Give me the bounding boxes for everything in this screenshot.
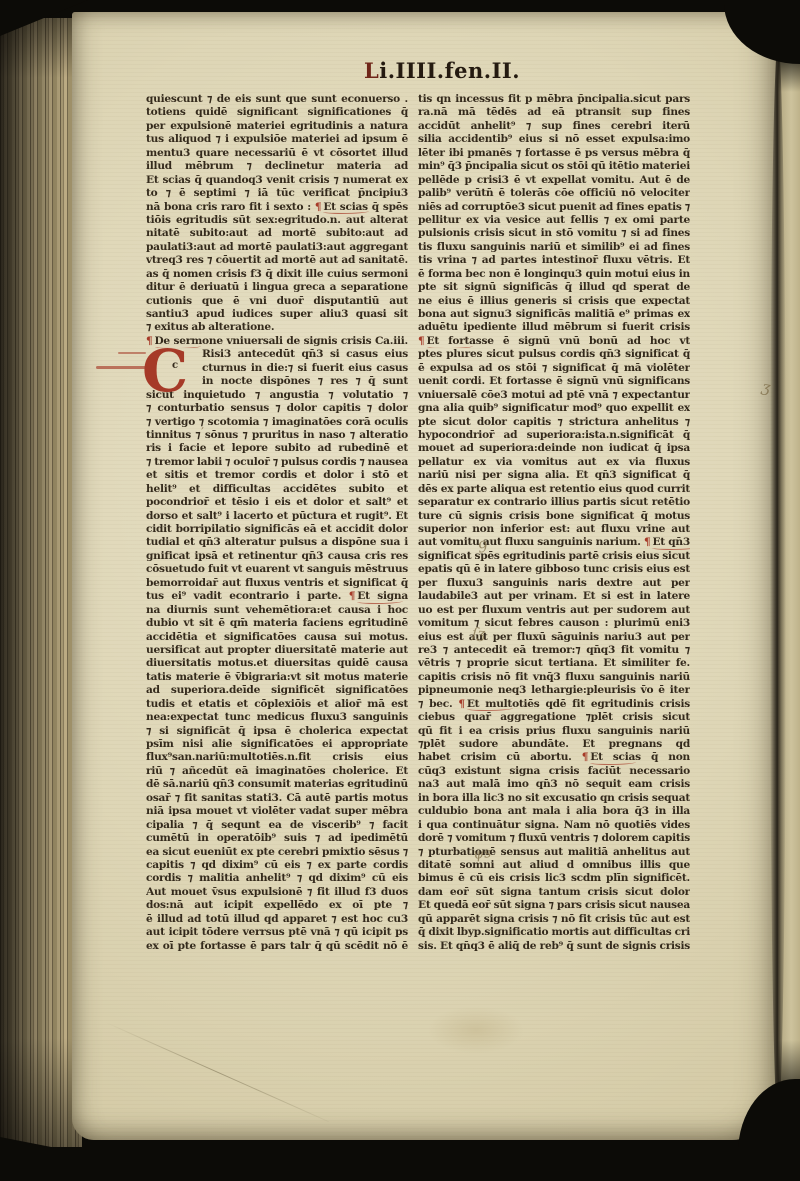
text-line: nitatē subito:aut ad mortē subito:aut ad… <box>146 227 408 240</box>
text-line: epatis qū ē in latere gibboso tunc crisi… <box>418 563 690 576</box>
text-line: ⁊ vertigo ⁊ scotomia ⁊ imaginatōes corā … <box>146 416 408 429</box>
text-line: mentu3 quare necessariū ē vt cōsortet il… <box>146 147 408 160</box>
text-line: min⁹ q̄3 p̄ncipalia sicut os stōi qū itē… <box>418 160 690 173</box>
text-line: bona aut signu3 significās malitiā e⁹ pr… <box>418 308 690 321</box>
text-line: ciebus quar̄ aggregatione ⁊plēt crisis s… <box>418 711 690 724</box>
text-line: ris i facie et lepore subito ad rubedinē… <box>146 442 408 455</box>
text-line: tatis materie ē v̄bigraria:vt sit motus … <box>146 671 408 684</box>
text-line: pellitur ex via vesice aut fellis ⁊ ex o… <box>418 214 690 227</box>
text-line: ra.nā mā tēdēs ad eā ptransit sup fines … <box>418 106 690 119</box>
text-line: qū apparēt signa crisis ⁊ nō fit crisis … <box>418 913 690 926</box>
text-line: uo est per fluxum ventris aut per sudore… <box>418 604 690 617</box>
text-line: cūq3 existunt signa crisis faciūt necess… <box>418 765 690 778</box>
text-line: i qua continuātur signa. Nam nō quotiēs … <box>418 819 690 832</box>
text-line: as q̄ nomen crisis f3 q̄ dixit ille cuiu… <box>146 268 408 281</box>
text-line: et sitis et tremor cordis et dolor i stō… <box>146 469 408 482</box>
text-line: na3 aut malā imo qn̄3 nō sequit eam cris… <box>418 778 690 791</box>
text-line: dam eor̄ sūt signa tantum crisis sicut d… <box>418 886 690 899</box>
text-line: dos:nā aut icipit expellēdo ex oī pte ⁊ … <box>146 899 408 912</box>
text-line: ditatē somni aut aliud d̄ omnibus illis … <box>418 859 690 872</box>
text-line: dorē ⁊ vomitum ⁊ fluxū ventris ⁊ dolorem… <box>418 832 690 845</box>
text-line: per expulsionē materiei egritudinis a na… <box>146 120 408 133</box>
text-line: tinnitus ⁊ sōnus ⁊ pruritus in naso ⁊ al… <box>146 429 408 442</box>
text-line: aut vomitu aut fluxu sanguinis narium. ¶… <box>418 536 690 549</box>
text-line: culdubio bona ant mala i alia bora q̄3 i… <box>418 805 690 818</box>
text-line: diuersitatis motus.et diuersitas quidē c… <box>146 657 408 670</box>
text-line: pte sit signū significās q̄ illud qd̄ sp… <box>418 281 690 294</box>
text-line: vtreq3 res ⁊ cōuertit ad mortē aut ad sa… <box>146 254 408 267</box>
pilcrow-mark: ¶ <box>349 590 358 602</box>
background-strip-bottom <box>0 1147 800 1181</box>
text-line: to ⁊ ē septimi ⁊ iā tūc verificat p̄ncip… <box>146 187 408 200</box>
handwritten-annotation: ſʒ <box>471 626 485 643</box>
text-line: qū fit i ea crisis prius fluxu sanguinis… <box>418 725 690 738</box>
text-line: tudial et qn̄3 alteratur pulsus a dispōn… <box>146 536 408 549</box>
text-line: vomitum ⁊ sicut febres causon : plurimū … <box>418 617 690 630</box>
text-line: silia accidentib⁹ eius si nō esset expul… <box>418 133 690 146</box>
text-line: tis qn incessus fit p mēbra p̄ncipalia.s… <box>418 93 690 106</box>
illuminated-initial: C <box>142 342 198 404</box>
text-line: gnificat ipsā et retinentur qn̄3 causa c… <box>146 550 408 563</box>
text-line: ē forma bec non ē longinqu3 quin motui e… <box>418 268 690 281</box>
text-line: superior non inferior est: aut fluxu vri… <box>418 523 690 536</box>
text-line: cutionis que ē vni duor̄ disputantiū aut… <box>146 295 408 308</box>
text-line: uersificat aut propter diuersitatē mater… <box>146 644 408 657</box>
text-line: pte sicut dolor capitis ⁊ strictura anhe… <box>418 416 690 429</box>
initial-flourish <box>96 366 150 369</box>
text-line: bimus ē cū eis crisis lic3 scd̄m plīn si… <box>418 872 690 885</box>
pilcrow-mark: ¶ <box>582 751 591 763</box>
text-line: significat spēs egritudinis partē crisis… <box>418 550 690 563</box>
text-line: ē illud ad totū illud qd̄ apparet ⁊ est … <box>146 913 408 926</box>
text-line: ad superiora.deīde significēt significat… <box>146 684 408 697</box>
text-line: per fluxu3 sanguinis naris dextre aut pe… <box>418 577 690 590</box>
text-line: Aut mouet v̄sus expulsionē ⁊ fit illud f… <box>146 886 408 899</box>
running-title: Li.IIII.fen.II. <box>352 58 532 83</box>
pilcrow-mark: ¶ <box>418 335 427 347</box>
text-line: tus aliquod ⁊ i expulsiōe materiei ad ip… <box>146 133 408 146</box>
text-line: ea sicut eueniūt ex pte cerebri pmixtio … <box>146 846 408 859</box>
text-line: separatur ex contrario illius partis sic… <box>418 496 690 509</box>
text-line: capitis crisis nō fit vnq̄3 fluxu sangui… <box>418 671 690 684</box>
text-line: tiōis egritudis sūt sex:egritudo.n. aut … <box>146 214 408 227</box>
book-photo: Li.IIII.fen.II. quiescunt ⁊ de eis sunt … <box>0 0 800 1181</box>
text-line: q̄ dixit l̄byp.significatio mortis aut d… <box>418 926 690 939</box>
fore-edge-page-stack <box>0 18 82 1158</box>
text-line: na diurnis sunt vehemētiora:et causa i h… <box>146 604 408 617</box>
text-line: santiu3 apud iudices super aliu3 quasi s… <box>146 308 408 321</box>
text-line: ⁊ tremor labii ⁊ oculor̄ ⁊ pulsus cordis… <box>146 456 408 469</box>
text-line: pocondrior̄ et tēsio i eis et dolor et s… <box>146 496 408 509</box>
text-line: re3 ⁊ antecedit eā tremor:⁊ qn̄q3 fit vo… <box>418 644 690 657</box>
pilcrow-mark: ¶ <box>644 536 653 548</box>
text-line: ⁊ exitus ab alteratione. <box>146 321 408 334</box>
text-line: uenit cordi. Et fortasse ē signū vnū sig… <box>418 375 690 388</box>
text-line: nea:expectat tunc medicus fluxu3 sanguin… <box>146 711 408 724</box>
text-line: aut icipit tōdere verrsus ptē vnā ⁊ qū i… <box>146 926 408 939</box>
text-line: accidūt anhelit⁹ ⁊ sup fines cerebri ite… <box>418 120 690 133</box>
handwritten-annotation: ψs <box>472 845 492 863</box>
pilcrow-mark: ¶ <box>315 201 324 213</box>
text-line: laudabile3 aut per vrinam. Et si est in … <box>418 590 690 603</box>
text-line: bemorroidar̄ aut fluxus ventris et signi… <box>146 577 408 590</box>
text-line: mouet ad superiora:deinde non iudicat q̄… <box>418 442 690 455</box>
text-line: ptes plures sicut pulsus cordis qn̄3 sig… <box>418 348 690 361</box>
text-line: nā bona cris raro fit i sexto : ¶Et scia… <box>146 201 408 214</box>
text-line: ex oī pte fortasse ē pars talr q̄ qū scē… <box>146 940 408 953</box>
page-gutter-shadow <box>770 42 786 1120</box>
text-line: ⁊ bec. ¶Et multotiēs qdē fit egritudinis… <box>418 698 690 711</box>
text-line: cidit borripilatio significās eā et acci… <box>146 523 408 536</box>
text-line: Et scias q̄ quandoq3 venit crisis ⁊ nume… <box>146 174 408 187</box>
text-line: pulsionis crisis sicut in stō vomitu ⁊ s… <box>418 227 690 240</box>
text-line: ¶Et fortasse ē signū vnū bonū ad hoc vt … <box>418 335 690 348</box>
text-line: flux⁹san.nariū:multotiēs.n.fit crisis ei… <box>146 751 408 764</box>
text-line: aduētu ipediente illud mēbrum si fuerit … <box>418 321 690 334</box>
text-line: ne eius ē illius generis si crisis que e… <box>418 295 690 308</box>
text-line: tus ei⁹ vadit econtrario i parte. ¶Et si… <box>146 590 408 603</box>
text-line: totiens quidē significant significatione… <box>146 106 408 119</box>
text-line: eius est aut per fluxū sāguinis nariu3 a… <box>418 631 690 644</box>
text-line: helit⁹ et difficultas accidētes subito e… <box>146 483 408 496</box>
text-line: sis. Et qn̄q3 ē aliq̄ de reb⁹ q̄ sunt de… <box>418 940 690 953</box>
text-line: lēter ibi pmanēs ⁊ fortasse ē ps versus … <box>418 147 690 160</box>
text-line: hypocondrior̄ ad superiora:ista.n.signif… <box>418 429 690 442</box>
text-line: cōsuetudo fuit vt euarent vt sanguis mēs… <box>146 563 408 576</box>
text-line: dē sā.nariū qn̄3 consumit materias egrit… <box>146 778 408 791</box>
text-line: osar̄ ⁊ fit sanitas stati3. Cā autē part… <box>146 792 408 805</box>
text-line: ē expulsa ad os stōi ⁊ significat q̄ mā … <box>418 362 690 375</box>
text-line: capitis ⁊ qd̄ dixim⁹ cū eis ⁊ ex parte c… <box>146 859 408 872</box>
text-line: tis vrina ⁊ ad partes intestinor̄ fluxu … <box>418 254 690 267</box>
text-line: palib⁹ verūtn̄ ē tolerās cōe officiū nō … <box>418 187 690 200</box>
pilcrow-mark: ¶ <box>458 698 467 710</box>
initial-flourish <box>118 352 146 354</box>
text-line: cipalia ⁊ q̄ sequnt ea de viscerib⁹ ⁊ fa… <box>146 819 408 832</box>
text-line: dorso et salt⁹ i lacerto et pūctura et r… <box>146 510 408 523</box>
text-line: ⁊ si significāt q̄ ipsa ē cholerica expe… <box>146 725 408 738</box>
text-line: niā ipsa mouet vt violēter vadat super m… <box>146 805 408 818</box>
right-text-column: tis qn incessus fit p mēbra p̄ncipalia.s… <box>418 93 690 953</box>
text-line: ⁊plēt sudore abundāte. Et pregnans qd̄ m… <box>418 738 690 751</box>
text-line: accidētia et significatōes causa sui mot… <box>146 631 408 644</box>
text-line: ditur ē deriuatū i lingua greca a separa… <box>146 281 408 294</box>
text-line: quiescunt ⁊ de eis sunt que sunt econuer… <box>146 93 408 106</box>
text-line: vētris ⁊ proprie sicut tertiana. Et simi… <box>418 657 690 670</box>
text-line: Et quedā eor̄ sūt signa ⁊ pars crisis si… <box>418 899 690 912</box>
text-line: pipneumonie neq3 lethargie:pleurisis v̄o… <box>418 684 690 697</box>
handwritten-annotation: 9 <box>477 537 489 556</box>
left-text-column: quiescunt ⁊ de eis sunt que sunt econuer… <box>146 93 408 953</box>
text-line: ⁊ pturbationē sensus aut malitiā anhelit… <box>418 846 690 859</box>
text-line: dubio vt sit ē qm̄ materia faciens egrit… <box>146 617 408 630</box>
handwritten-annotation: , <box>201 420 204 431</box>
text-line: riū ⁊ añcedūt eā imaginatōes cholerice. … <box>146 765 408 778</box>
text-line: gna alia quib⁹ significatur mod⁹ quo exp… <box>418 402 690 415</box>
text-line: dēs ex parte aliqua est retentio eius qu… <box>418 483 690 496</box>
text-line: cordis ⁊ malitia anhelit⁹ ⁊ qd̄ dixim⁹ c… <box>146 872 408 885</box>
text-line: ture cū signis crisis bone significat q̄… <box>418 510 690 523</box>
text-line: pellēde p crisi3 ē vt expellat vomitu. A… <box>418 174 690 187</box>
text-line: habet crisim cū abortu. ¶Et scias q̄ non… <box>418 751 690 764</box>
text-line: cumētū in operatōib⁹ suis ⁊ ad ipedimētū… <box>146 832 408 845</box>
text-line: pellatur ex via vomitus aut ex via fluxu… <box>418 456 690 469</box>
text-line: nariū nisi per signa alia. Et qn̄3 signi… <box>418 469 690 482</box>
text-line: niēs ad corruptōe3 sicut puenit ad fines… <box>418 201 690 214</box>
text-line: paulati3:aut ad mortē paulati3:aut aggre… <box>146 241 408 254</box>
text-line: in bora illa lic3 no sit excusatio qn cr… <box>418 792 690 805</box>
guide-letter: c <box>172 360 178 371</box>
text-line: psīm nisi alie significatōes ei appropri… <box>146 738 408 751</box>
text-line: vniuersalē cōe3 motui ad ptē vnā ⁊ expec… <box>418 389 690 402</box>
text-line: tis fluxu sanguinis nariū et similib⁹ ei… <box>418 241 690 254</box>
text-line: tudis et etatis et cōplexiōis et alior̄ … <box>146 698 408 711</box>
text-line: illud mēbrum ⁊ declinetur materia ad cōt… <box>146 160 408 173</box>
